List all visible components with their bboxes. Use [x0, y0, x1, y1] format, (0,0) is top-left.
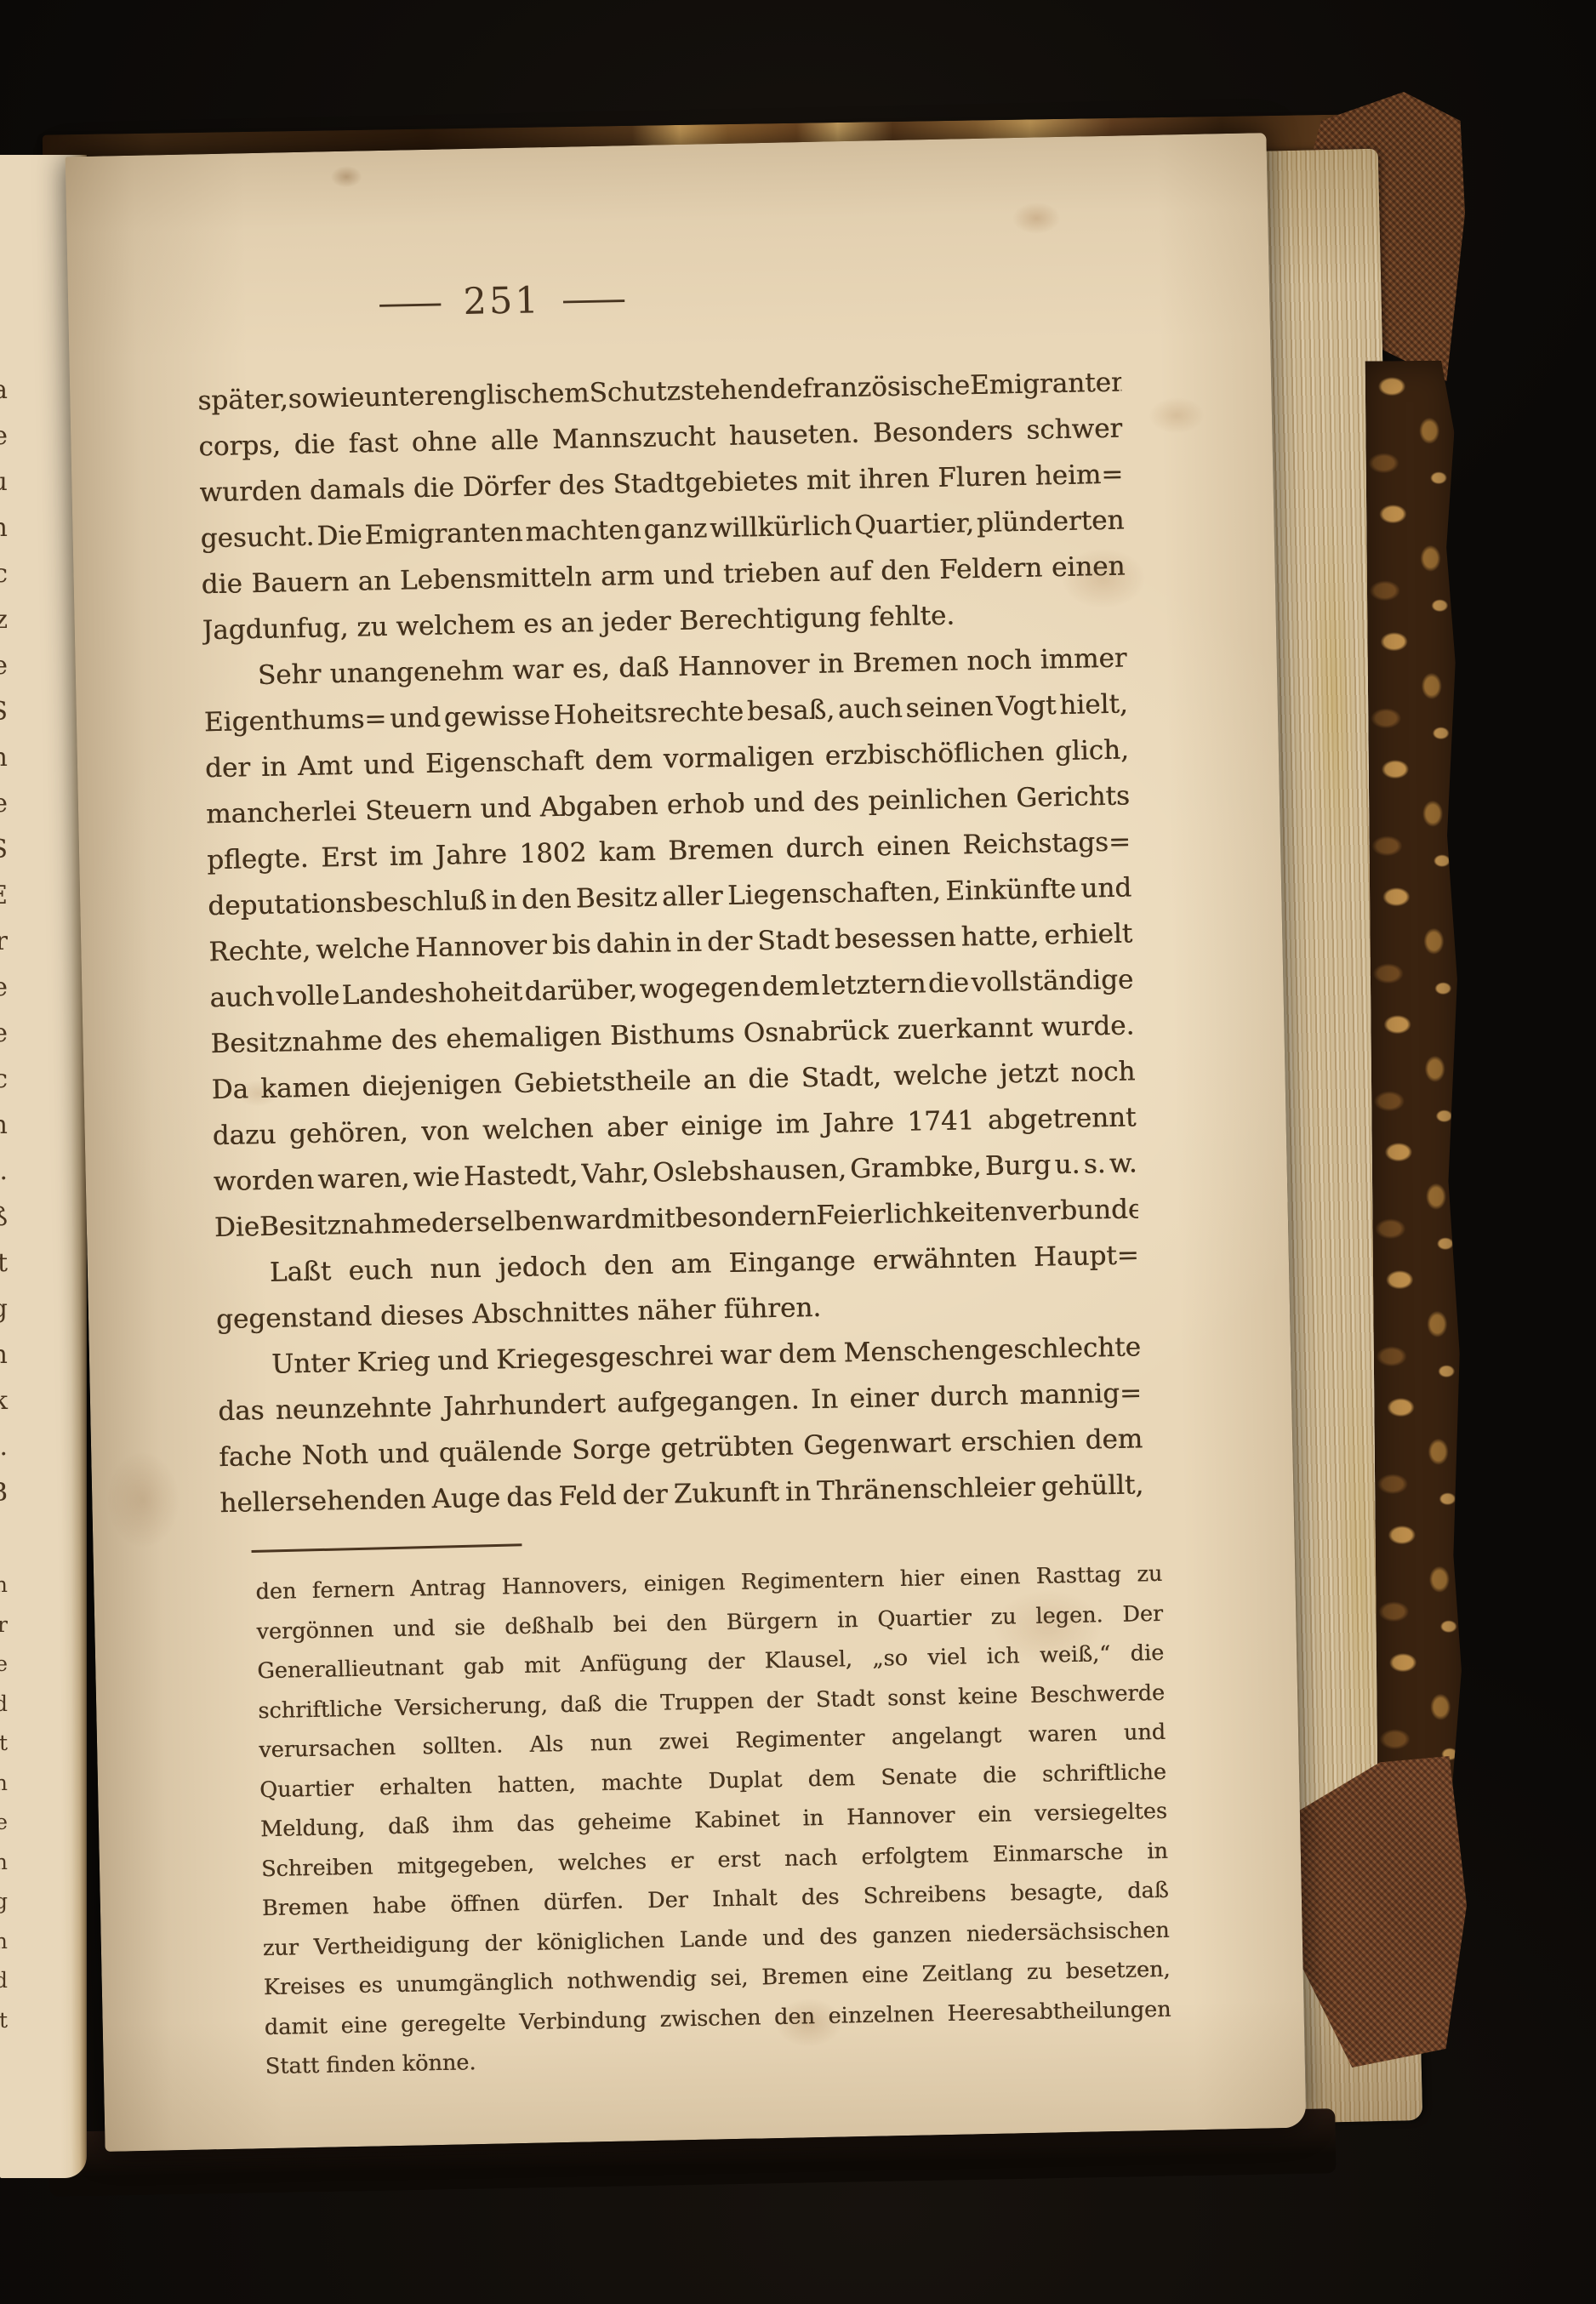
- clipped-letter-fragment: r: [0, 1614, 8, 1635]
- clipped-letter-fragment: n: [0, 1851, 8, 1873]
- book-page: — 251 — später,sowieunterenglischemSchut…: [66, 133, 1307, 2152]
- book-cover-marbled-edge: [1365, 361, 1467, 1801]
- facing-page-footnote-fragments: nredtnengndt: [0, 155, 9, 2178]
- footnote-separator: [252, 1543, 522, 1553]
- clipped-letter-fragment: n: [0, 1574, 8, 1595]
- clipped-letter-fragment: g: [0, 1891, 8, 1912]
- clipped-letter-fragment: e: [0, 1811, 8, 1833]
- clipped-letter-fragment: d: [0, 1970, 8, 1991]
- footnote-block: denfernernAntragHannovers,einigenRegimen…: [255, 1561, 1172, 2094]
- header-dash-left: —: [377, 284, 445, 323]
- clipped-letter-fragment: t: [0, 2010, 8, 2031]
- photograph-of-open-book: { "page_header": { "dash": "—", "number"…: [0, 0, 1596, 2304]
- page-number: 251: [463, 282, 541, 321]
- clipped-letter-fragment: n: [0, 1772, 8, 1794]
- clipped-letter-fragment: t: [0, 1732, 8, 1754]
- header-dash-right: —: [560, 280, 628, 319]
- clipped-letter-fragment: d: [0, 1693, 8, 1714]
- clipped-letter-fragment: e: [0, 1653, 8, 1674]
- clipped-letter-fragment: n: [0, 1930, 8, 1952]
- main-text-block: später,sowieunterenglischemSchutzstehend…: [197, 368, 1144, 1535]
- page-header: — 251 —: [374, 280, 630, 322]
